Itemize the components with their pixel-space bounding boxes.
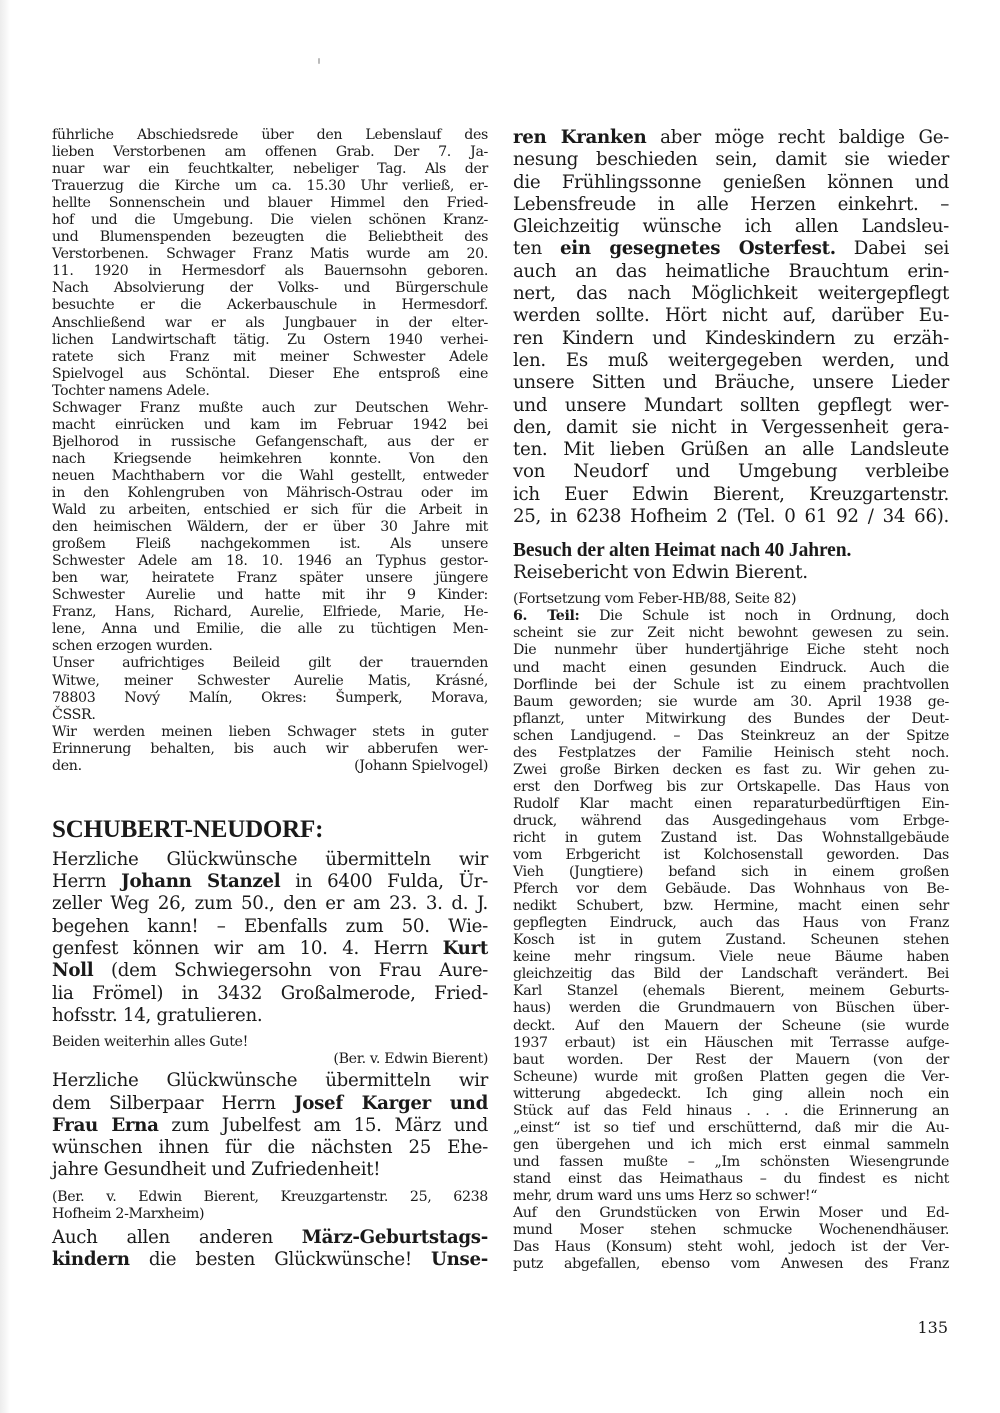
text-line: Vieh (Jungtiere) befand sich in einem gr… [513, 864, 949, 881]
bold-text: Noll [52, 960, 93, 981]
text-line: nach Kriegsende heimkehren konnte. Von d… [52, 451, 488, 468]
text-line: Lebensfreude in alle Herzen einkehrt. – [513, 194, 949, 216]
text-line: und Blumenspenden bezeugten die Beliebth… [52, 229, 488, 246]
text-line: Nach Absolvierung der Volks- und Bürgers… [52, 280, 488, 297]
text-line: 78803 Nový Malín, Okres: Šumperk, Morava… [52, 690, 488, 707]
text-line: Pferch vor dem Gebäude. Das Wohnhaus von… [513, 881, 949, 898]
text-segment: aber möge recht baldige Ge- [646, 127, 949, 148]
text-line: die Frühlingssonne genießen können und [513, 172, 949, 194]
text-line: nedikt Schubert, bzw. Hermine, macht ein… [513, 898, 949, 915]
text-segment: Lebensfreude in alle Herzen einkehrt. – [513, 194, 949, 215]
text-segment: wünschen ihnen für die nächsten 25 Ehe- [52, 1137, 488, 1158]
text-line: ten ein gesegnetes Osterfest. Dabei sei [513, 238, 949, 260]
text-line: lia Frömel) in 3432 Großalmerode, Fried- [52, 983, 488, 1005]
text-line: mehr, drum ward uns ums Herz so schwer!“ [513, 1188, 949, 1205]
text-line: haus) werden die Grundmauern von Büschen… [513, 1000, 949, 1017]
bold-text: Johann Stanzel [121, 871, 280, 892]
text-line: und macht einen gesunden Eindruck. Auch … [513, 660, 949, 677]
text-segment: die besten Glückwünsche! [130, 1249, 431, 1270]
text-line: Franz, Hans, Richard, Aurelie, Elfriede,… [52, 604, 488, 621]
text-line: nert, das nach Möglichkeit weitergepfleg… [513, 283, 949, 305]
text-segment: nesung beschieden sein, damit sie wieder [513, 149, 949, 170]
travel-report-subtitle: Reisebericht von Edwin Bierent. [513, 562, 949, 584]
text-line: „einst“ ist so tief und erschütternd, da… [513, 1120, 949, 1137]
text-line: Zwei große Birken decken es fast zu. Wir… [513, 762, 949, 779]
right-column: ren Kranken aber möge recht baldige Ge-n… [513, 127, 949, 1273]
text-line: hofsstr. 14, gratulieren. [52, 1005, 488, 1027]
text-line: Rudolf Klar macht einen reparaturbedürft… [513, 796, 949, 813]
text-line: witterung abgedeckt. Ich ging allein noc… [513, 1086, 949, 1103]
text-line: Spielvogel aus Schöntal. Dieser Ehe ents… [52, 366, 488, 383]
section-heading-schubert-neudorf: SCHUBERT-NEUDORF: [52, 815, 488, 845]
left-column: führliche Abschiedsrede über den Lebensl… [52, 127, 488, 1271]
text-segment: Gleichzeitig wünsche ich allen Landsleu- [513, 216, 949, 237]
text-line: Schwester Adele am 18. 10. 1946 an Typhu… [52, 553, 488, 570]
text-line: Witwe, meiner Schwester Aurelie Matis, K… [52, 673, 488, 690]
text-segment: von Neudorf und Umgebung verbleibe [513, 461, 949, 482]
text-line: putz abgefallen, ebenso vom Anwesen des … [513, 1256, 949, 1273]
scan-edge-shadow [0, 0, 10, 1413]
text-line: schen erzogen wurden. [52, 638, 488, 655]
text-line: Hofheim 2-Marxheim) [52, 1206, 488, 1223]
text-line: nesung beschieden sein, damit sie wieder [513, 149, 949, 171]
text-line: macht einrücken und kam im Februar 1942 … [52, 417, 488, 434]
text-segment: 25, in 6238 Hofheim 2 (Tel. 0 61 92 / 34… [513, 506, 949, 527]
text-line: gleichzeitig das Bild der Landschaft ver… [513, 966, 949, 983]
text-line: genfest können wir am 10. 4. Herrn Kurt [52, 938, 488, 960]
text-line: Herzliche Glückwünsche übermitteln wir [52, 849, 488, 871]
text-line: Kosch ist in gutem Zustand. Scheunen ste… [513, 932, 949, 949]
text-line: Stück auf das Feld hinaus . . . die Erin… [513, 1103, 949, 1120]
text-line: wünschen ihnen für die nächsten 25 Ehe- [52, 1137, 488, 1159]
text-segment: zum Jubelfest am 15. März und [159, 1115, 488, 1136]
text-line: in den Kohlengruben von Mährisch-Ostrau … [52, 485, 488, 502]
text-line: auch an das heimatliche Brauchtum erin- [513, 261, 949, 283]
text-segment: ren Kindern und Kindeskindern zu erzäh- [513, 328, 949, 349]
text-line: druck, während das Ausgedingehaus vom Er… [513, 813, 949, 830]
scan-speck [318, 58, 320, 64]
text-line: Die nunmehr über hundertjährige Eiche st… [513, 642, 949, 659]
greeting-march-birthdays: Auch allen anderen März-Geburtstags-kind… [52, 1227, 488, 1272]
text-line: ratete sich Franz mit meiner Schwester A… [52, 349, 488, 366]
text-line: scheint sie zur Zeit nicht bewohnt gewes… [513, 625, 949, 642]
travel-report-title: Besuch der alten Heimat nach 40 Jahren. [513, 540, 949, 562]
bold-text: ren Kranken [513, 127, 646, 148]
bold-text: Josef Karger und [294, 1093, 488, 1114]
text-line: Erinnerung behalten, bis auch wir abberu… [52, 741, 488, 758]
text-line: Schwester Aurelie und hatte mit ihr 9 Ki… [52, 587, 488, 604]
travel-report-body: scheint sie zur Zeit nicht bewohnt gewes… [513, 625, 949, 1273]
text-segment: Dabei sei [836, 238, 949, 259]
obituary-last-line: den. (Johann Spielvogel) [52, 758, 488, 775]
greeting-stanzel-noll: Herzliche Glückwünsche übermitteln wirHe… [52, 849, 488, 1027]
text-line: vom Erbgericht ist Kolchosenstall geword… [513, 847, 949, 864]
text-line: schen Landjugend. – Das Steinkreuz an de… [513, 728, 949, 745]
greeting-karger-source: (Ber. v. Edwin Bierent, Kreuzgartenstr. … [52, 1189, 488, 1223]
bold-text: ein gesegnetes Osterfest. [560, 238, 836, 259]
text-line: mund Moser stehen schmucke Wochenendhäus… [513, 1222, 949, 1239]
bold-text: Frau Erna [52, 1115, 159, 1136]
text-segment: hofsstr. 14, gratulieren. [52, 1005, 262, 1026]
text-line: richt in gutem Zustand ist. Das Wohnstal… [513, 830, 949, 847]
text-line: begehen kann! – Ebenfalls zum 50. Wie- [52, 916, 488, 938]
text-line: dem Silberpaar Herrn Josef Karger und [52, 1093, 488, 1115]
bold-text: kindern [52, 1249, 130, 1270]
first-line-text: Die Schule ist noch in Ordnung, doch [579, 608, 949, 624]
text-line: großem Fleiß nachgekommen ist. Als unser… [52, 536, 488, 553]
text-line: den, damit sie nicht in Vergessenheit ge… [513, 417, 949, 439]
text-segment: len. Es muß weitergegeben werden, und [513, 350, 949, 371]
text-segment: Herrn [52, 871, 121, 892]
text-line: Anschließend war er als Jungbauer in der… [52, 315, 488, 332]
text-line: deckt. Auf den Mauern der Scheune (sie w… [513, 1018, 949, 1035]
text-line: Frau Erna zum Jubelfest am 15. März und [52, 1115, 488, 1137]
text-line: lene, Anna und Emilie, die alle zu tücht… [52, 621, 488, 638]
obituary-signature: (Johann Spielvogel) [354, 758, 488, 775]
text-line: ich Euer Edwin Bierent, Kreuzgartenstr. [513, 484, 949, 506]
text-line: Wald zu arbeiten, entschied er sich für … [52, 502, 488, 519]
text-line: jahre Gesundheit und Zufriedenheit! [52, 1159, 488, 1181]
text-line: ČSSR. [52, 707, 488, 724]
text-line: (Ber. v. Edwin Bierent, Kreuzgartenstr. … [52, 1189, 488, 1206]
text-segment: dem Silberpaar Herrn [52, 1093, 294, 1114]
text-line: Baum geworden; sie wurde am 30. April 19… [513, 694, 949, 711]
greeting-karger: Herzliche Glückwünsche übermitteln wirde… [52, 1070, 488, 1181]
text-line: des Festplatzes der Familie Heinisch ste… [513, 745, 949, 762]
text-line: Herzliche Glückwünsche übermitteln wir [52, 1070, 488, 1092]
text-line: stand einst das Heimathaus – du findest … [513, 1171, 949, 1188]
text-line: Schwager Franz mußte auch zur Deutschen … [52, 400, 488, 417]
part-label: 6. Teil: [513, 608, 579, 624]
text-line: Herrn Johann Stanzel in 6400 Fulda, Ür- [52, 871, 488, 893]
text-segment: nert, das nach Möglichkeit weitergepfleg… [513, 283, 949, 304]
page-number: 135 [900, 1318, 948, 1337]
text-line: hellte Sonnenschein und blauer Himmel de… [52, 195, 488, 212]
bold-text: März-Geburtstags- [302, 1227, 488, 1248]
text-segment: lia Frömel) in 3432 Großalmerode, Fried- [52, 983, 488, 1004]
text-line: zeller Weg 26, zum 50., den er am 23. 3.… [52, 893, 488, 915]
wishes-signature: (Ber. v. Edwin Bierent) [52, 1051, 488, 1068]
text-segment: jahre Gesundheit und Zufriedenheit! [52, 1159, 380, 1180]
text-line: 25, in 6238 Hofheim 2 (Tel. 0 61 92 / 34… [513, 506, 949, 528]
text-line: pflanzt, unter Mitwirkung des Bundes der… [513, 711, 949, 728]
text-segment: (dem Schwiegersohn von Frau Aure- [93, 960, 488, 981]
bold-text: Unse- [431, 1249, 488, 1270]
continuation-note: (Fortsetzung vom Feber-HB/88, Seite 82) [513, 591, 949, 608]
text-line: den heimischen Wäldern, der er über 30 J… [52, 519, 488, 536]
text-segment: zeller Weg 26, zum 50., den er am 23. 3.… [52, 893, 488, 914]
text-line: unsere Sitten und Bräuche, unsere Lieder [513, 372, 949, 394]
text-segment: ich Euer Edwin Bierent, Kreuzgartenstr. [513, 484, 949, 505]
text-line: nuar war ein feuchtkalter, nebeliger Tag… [52, 161, 488, 178]
text-segment: den, damit sie nicht in Vergessenheit ge… [513, 417, 949, 438]
text-line: und unsere Mundart sollten gepflegt wer- [513, 395, 949, 417]
text-line: lieben Verstorbenen am offenen Grab. Der… [52, 144, 488, 161]
text-segment: in 6400 Fulda, Ür- [280, 871, 488, 892]
text-line: erst den Dorfweg bis zur Ortskapelle. Da… [513, 779, 949, 796]
text-segment: auch an das heimatliche Brauchtum erin- [513, 261, 949, 282]
text-line: 1937 erbaut) ist ein Häuschen mit Terras… [513, 1035, 949, 1052]
text-segment: Herzliche Glückwünsche übermitteln wir [52, 1070, 488, 1091]
text-line: len. Es muß weitergegeben werden, und [513, 350, 949, 372]
text-line: Wir werden meinen lieben Schwager stets … [52, 724, 488, 741]
text-line: baut worden. Der Rest der Mauern (von de… [513, 1052, 949, 1069]
text-segment: Herzliche Glückwünsche übermitteln wir [52, 849, 488, 870]
text-line: ren Kindern und Kindeskindern zu erzäh- [513, 328, 949, 350]
text-segment: werden sollte. Hört nicht auf, darüber E… [513, 305, 949, 326]
travel-report-first-line: 6. Teil: Die Schule ist noch in Ordnung,… [513, 608, 949, 625]
text-segment: ten [513, 238, 560, 259]
text-line: Karl Stanzel (ehemals Bierent, meinem Ge… [513, 983, 949, 1000]
text-line: führliche Abschiedsrede über den Lebensl… [52, 127, 488, 144]
obituary-text: führliche Abschiedsrede über den Lebensl… [52, 127, 488, 758]
text-line: neuen Machthabern vor die Wahl gestellt,… [52, 468, 488, 485]
text-segment: die Frühlingssonne genießen können und [513, 172, 949, 193]
text-line: ben war, heiratete Franz später unsere j… [52, 570, 488, 587]
text-line: Verstorbenen. Schwager Franz Matis wurde… [52, 246, 488, 263]
text-segment: ten. Mit lieben Grüßen an alle Landsleut… [513, 439, 949, 460]
text-line: keine mehr ringsum. Viele neue Bäume hab… [513, 949, 949, 966]
easter-greeting-continuation: ren Kranken aber möge recht baldige Ge-n… [513, 127, 949, 528]
text-segment: genfest können wir am 10. 4. Herrn [52, 938, 443, 959]
text-line: Trauerzug die Kirche um ca. 15.30 Uhr ve… [52, 178, 488, 195]
text-line: von Neudorf und Umgebung verbleibe [513, 461, 949, 483]
text-line: Das Haus (Konsum) steht wohl, jedoch ist… [513, 1239, 949, 1256]
text-line: Dorflinde bei der Schule ist zu einem pr… [513, 677, 949, 694]
text-line: Gleichzeitig wünsche ich allen Landsleu- [513, 216, 949, 238]
text-line: 11. 1920 in Hermesdorf als Bauernsohn ge… [52, 263, 488, 280]
text-line: ren Kranken aber möge recht baldige Ge- [513, 127, 949, 149]
text-segment: Auch allen anderen [52, 1227, 302, 1248]
text-line: hof und die Umgebung. Die vielen schönen… [52, 212, 488, 229]
text-line: gepflegten Eindruck, auch das Haus von F… [513, 915, 949, 932]
text-line: Bjelhorod in russische Gefangenschaft, a… [52, 434, 488, 451]
text-line: Auf den Grundstücken von Erwin Moser und… [513, 1205, 949, 1222]
text-line: werden sollte. Hört nicht auf, darüber E… [513, 305, 949, 327]
text-line: ten. Mit lieben Grüßen an alle Landsleut… [513, 439, 949, 461]
obituary-final-word: den. [52, 758, 82, 775]
text-line: Noll (dem Schwiegersohn von Frau Aure- [52, 960, 488, 982]
text-line: kindern die besten Glückwünsche! Unse- [52, 1249, 488, 1271]
text-line: Scheune) wurde mit großen Platten gegen … [513, 1069, 949, 1086]
text-segment: begehen kann! – Ebenfalls zum 50. Wie- [52, 916, 488, 937]
text-line: gen übergehen und ich mich erst einmal s… [513, 1137, 949, 1154]
text-line: Unser aufrichtiges Beileid gilt der trau… [52, 655, 488, 672]
text-line: Tochter namens Adele. [52, 383, 488, 400]
text-line: Auch allen anderen März-Geburtstags- [52, 1227, 488, 1249]
bold-text: Kurt [443, 938, 488, 959]
text-line: lichen Landwirtschaft tätig. Zu Ostern 1… [52, 332, 488, 349]
wishes-line: Beiden weiterhin alles Gute! [52, 1034, 488, 1051]
text-line: und fassen mußte – „Im schönsten Wieseng… [513, 1154, 949, 1171]
text-segment: und unsere Mundart sollten gepflegt wer- [513, 395, 949, 416]
text-segment: unsere Sitten und Bräuche, unsere Lieder [513, 372, 949, 393]
text-line: besuchte er die Ackerbauschule in Hermes… [52, 297, 488, 314]
